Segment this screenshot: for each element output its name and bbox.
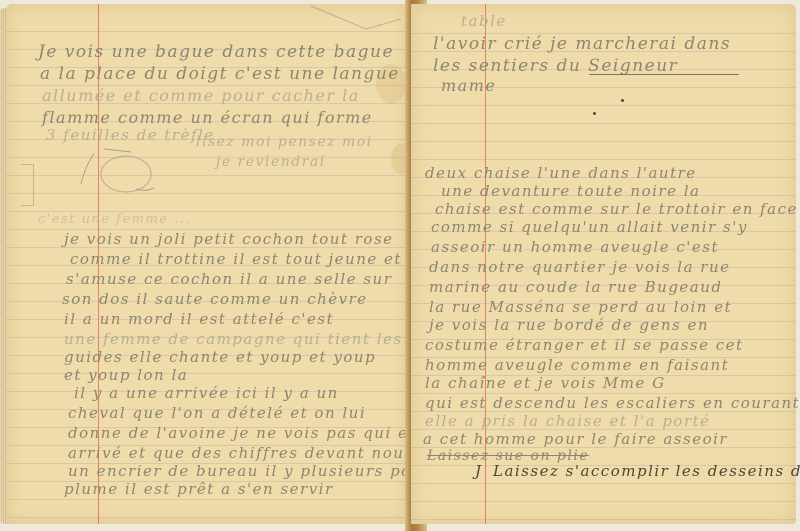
handwritten-line: une devanture toute noire la: [441, 182, 700, 200]
handwritten-line: asseoir un homme aveugle c'est: [431, 238, 719, 256]
faded-line: c'est une femme ...: [38, 212, 191, 227]
left-page: Je vois une bague dans cette bague a la …: [6, 4, 408, 524]
handwritten-line: une femme de campagne qui tient les: [64, 330, 403, 348]
handwritten-line: 3 feuilles de trèfle: [46, 126, 215, 144]
header-word: table: [461, 12, 507, 30]
handwritten-line: je vois un joli petit cochon tout rose: [64, 230, 394, 248]
handwritten-line: la rue Masséna se perd au loin et: [429, 298, 732, 316]
handwritten-line: homme aveugle comme en faisant: [425, 356, 729, 374]
handwritten-line: marine au coude la rue Bugeaud: [429, 278, 723, 296]
final-line-prefix: J: [475, 462, 483, 480]
ink-dot: [593, 112, 596, 115]
handwritten-line: il a un mord il est attelé c'est: [64, 310, 334, 328]
handwritten-line: cheval que l'on a dételé et on lui: [68, 404, 366, 422]
handwritten-line: il y a une arrivée ici il y a un: [74, 384, 339, 402]
handwritten-line: a la place du doigt c'est une langue: [40, 64, 400, 84]
handwritten-line: et youp lon la: [64, 366, 188, 384]
folded-corner-mark: [306, 4, 406, 34]
handwritten-line: plume il est prêt a s'en servir: [64, 480, 334, 498]
pencil-doodle: [76, 144, 166, 199]
handwritten-line: un encrier de bureau il y plusieurs port…: [68, 462, 438, 480]
handwritten-line: a cet homme pour le faire asseoir: [423, 430, 728, 448]
handwritten-line: costume étranger et il se passe cet: [425, 336, 744, 354]
handwritten-line: chaise est comme sur le trottoir en face: [435, 200, 798, 218]
handwritten-line: la chaîne et je vois Mme G: [425, 374, 666, 392]
handwritten-line: dans notre quartier je vois la rue: [429, 258, 731, 276]
handwritten-line: les sentiers du Seigneur: [433, 56, 678, 76]
handwritten-line: donne de l'avoine je ne vois pas qui est: [68, 424, 425, 442]
ink-dot: [621, 99, 624, 102]
page-tab-mark: [21, 164, 34, 206]
handwritten-line: flamme comme un écran qui forme: [42, 108, 373, 127]
handwritten-line: son dos il saute comme un chèvre: [62, 290, 368, 308]
handwritten-line: guides elle chante et youp et youp: [64, 348, 376, 366]
handwritten-line: je vois la rue bordé de gens en: [429, 316, 709, 334]
handwritten-line: arrivé et que des chiffres devant nous: [68, 444, 414, 462]
handwritten-line: mame: [441, 76, 496, 95]
handwritten-line: comme si quelqu'un allait venir s'y: [431, 218, 748, 236]
handwritten-line: je reviendrai: [216, 154, 326, 170]
handwritten-line: elle a pris la chaise et l'a porté: [425, 412, 711, 430]
handwritten-line: s'amuse ce cochon il a une selle sur: [66, 270, 392, 288]
handwritten-line: l'avoir crié je marcherai dans: [433, 34, 731, 54]
final-ink-line: Laissez s'accomplir les desseins de: [493, 462, 800, 480]
underline-mark: [589, 74, 739, 75]
right-page: table l'avoir crié je marcherai dans les…: [411, 4, 796, 524]
handwritten-line: Je vois une bague dans cette bague: [38, 42, 394, 62]
handwritten-line: comme il trottine il est tout jeune et: [70, 250, 402, 268]
notebook-spread: Je vois une bague dans cette bague a la …: [0, 0, 800, 531]
handwritten-line: qui est descendu les escaliers en couran…: [425, 394, 800, 412]
handwritten-line: allumée et comme pour cacher la: [42, 86, 360, 105]
handwritten-line: deux chaise l'une dans l'autre: [425, 164, 697, 182]
handwritten-line: lisez moi pensez moi: [196, 134, 373, 150]
